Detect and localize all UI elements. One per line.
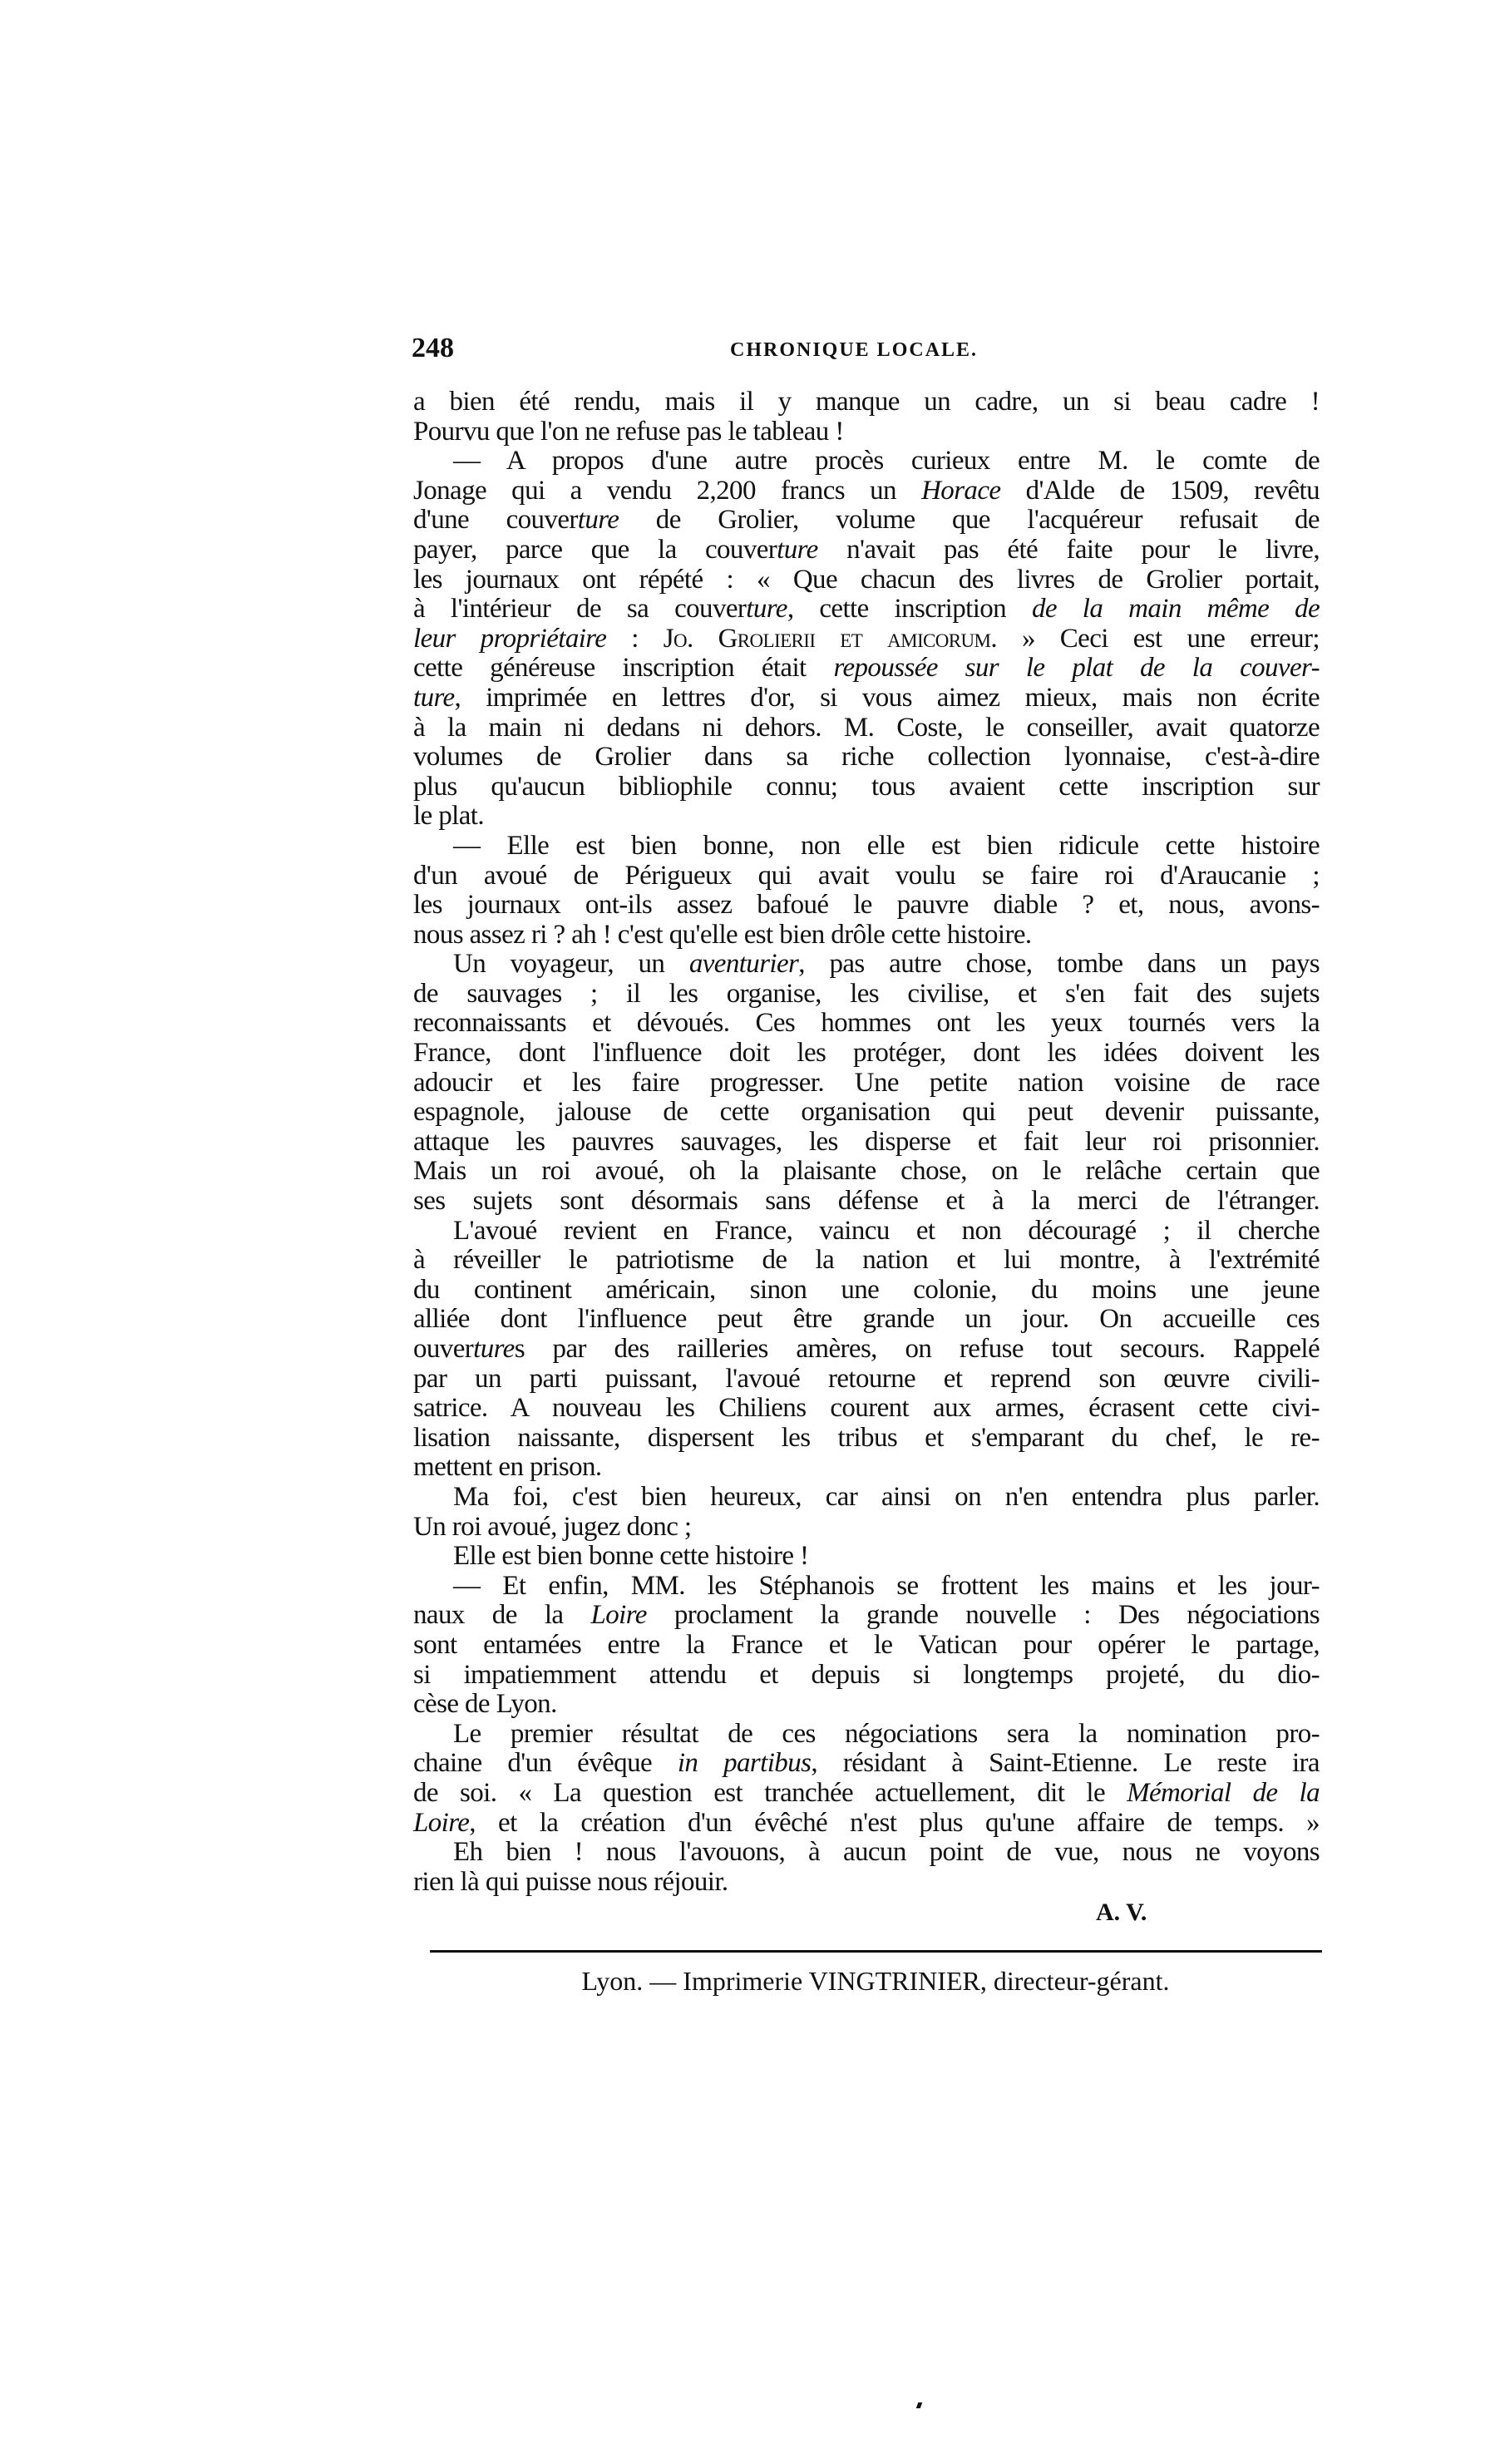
text-line: L'avoué revient en France, vaincu et non…: [413, 1217, 1320, 1247]
text-line: — Elle est bien bonne, non elle est bien…: [413, 832, 1320, 862]
running-title: CHRONIQUE LOCALE.: [730, 338, 978, 362]
text-line: ses sujets sont désormais sans défense e…: [413, 1187, 1320, 1217]
printer-imprint: Lyon. — Imprimerie VINGTRINIER, directeu…: [514, 1964, 1237, 1997]
text-line: naux de la Loire proclament la grande no…: [413, 1601, 1320, 1631]
text-line: ouvertures par des railleries amères, on…: [413, 1335, 1320, 1365]
text-line: a bien été rendu, mais il y manque un ca…: [413, 388, 1320, 417]
text-line: satrice. A nouveau les Chiliens courent …: [413, 1394, 1320, 1424]
text-line: de soi. « La question est tranchée actue…: [413, 1779, 1320, 1809]
text-line: Jonage qui a vendu 2,200 francs un Horac…: [413, 477, 1320, 506]
page-number: 248: [412, 334, 454, 363]
text-line: reconnaissants et dévoués. Ces hommes on…: [413, 1009, 1320, 1039]
text-line: mettent en prison.: [413, 1453, 1320, 1483]
text-line: si impatiemment attendu et depuis si lon…: [413, 1661, 1320, 1691]
text-line: Pourvu que l'on ne refuse pas le tableau…: [413, 417, 1320, 447]
text-line: à la main ni dedans ni dehors. M. Coste,…: [413, 714, 1320, 743]
ink-speck: [916, 2402, 923, 2408]
text-line: du continent américain, sinon une coloni…: [413, 1276, 1320, 1306]
text-line: alliée dont l'influence peut être grande…: [413, 1305, 1320, 1335]
text-line: lisation naissante, dispersent les tribu…: [413, 1424, 1320, 1454]
text-line: attaque les pauvres sauvages, les disper…: [413, 1128, 1320, 1158]
body-text: a bien été rendu, mais il y manque un ca…: [413, 388, 1320, 1897]
text-line: payer, parce que la couverture n'avait p…: [413, 536, 1320, 565]
text-line: Le premier résultat de ces négociations …: [413, 1720, 1320, 1750]
text-line: d'un avoué de Périgueux qui avait voulu …: [413, 862, 1320, 891]
text-line: Eh bien ! nous l'avouons, à aucun point …: [413, 1838, 1320, 1868]
text-line: sont entamées entre la France et le Vati…: [413, 1631, 1320, 1661]
text-line: espagnole, jalouse de cette organisation…: [413, 1098, 1320, 1128]
text-line: — A propos d'une autre procès curieux en…: [413, 447, 1320, 477]
text-line: nous assez ri ? ah ! c'est qu'elle est b…: [413, 921, 1320, 951]
author-signature: A. V.: [1096, 1899, 1147, 1927]
text-line: à l'intérieur de sa couverture, cette in…: [413, 595, 1320, 625]
text-line: ture, imprimée en lettres d'or, si vous …: [413, 684, 1320, 714]
text-line: Loire, et la création d'un évêché n'est …: [413, 1809, 1320, 1839]
text-line: volumes de Grolier dans sa riche collect…: [413, 743, 1320, 773]
text-line: à réveiller le patriotisme de la nation …: [413, 1246, 1320, 1276]
text-line: le plat.: [413, 802, 1320, 832]
text-line: Un voyageur, un aventurier, pas autre ch…: [413, 950, 1320, 980]
text-line: rien là qui puisse nous réjouir.: [413, 1868, 1320, 1898]
text-line: les journaux ont-ils assez bafoué le pau…: [413, 891, 1320, 921]
text-line: plus qu'aucun bibliophile connu; tous av…: [413, 773, 1320, 802]
text-line: Ma foi, c'est bien heureux, car ainsi on…: [413, 1483, 1320, 1513]
text-line: cette généreuse inscription était repous…: [413, 654, 1320, 684]
text-line: les journaux ont répété : « Que chacun d…: [413, 565, 1320, 595]
text-line: Mais un roi avoué, oh la plaisante chose…: [413, 1157, 1320, 1187]
text-line: cèse de Lyon.: [413, 1690, 1320, 1720]
text-line: France, dont l'influence doit les protég…: [413, 1039, 1320, 1069]
text-line: adoucir et les faire progresser. Une pet…: [413, 1069, 1320, 1099]
text-line: d'une couverture de Grolier, volume que …: [413, 506, 1320, 536]
text-line: Un roi avoué, jugez donc ;: [413, 1513, 1320, 1543]
text-line: de sauvages ; il les organise, les civil…: [413, 980, 1320, 1010]
text-line: Elle est bien bonne cette histoire !: [413, 1542, 1320, 1572]
text-line: — Et enfin, MM. les Stéphanois se frotte…: [413, 1572, 1320, 1602]
text-line: par un parti puissant, l'avoué retourne …: [413, 1365, 1320, 1395]
footer-rule: [430, 1950, 1322, 1953]
text-line: chaine d'un évêque in partibus, résidant…: [413, 1749, 1320, 1779]
text-line: leur propriétaire : Jo. Grolierii et ami…: [413, 625, 1320, 654]
